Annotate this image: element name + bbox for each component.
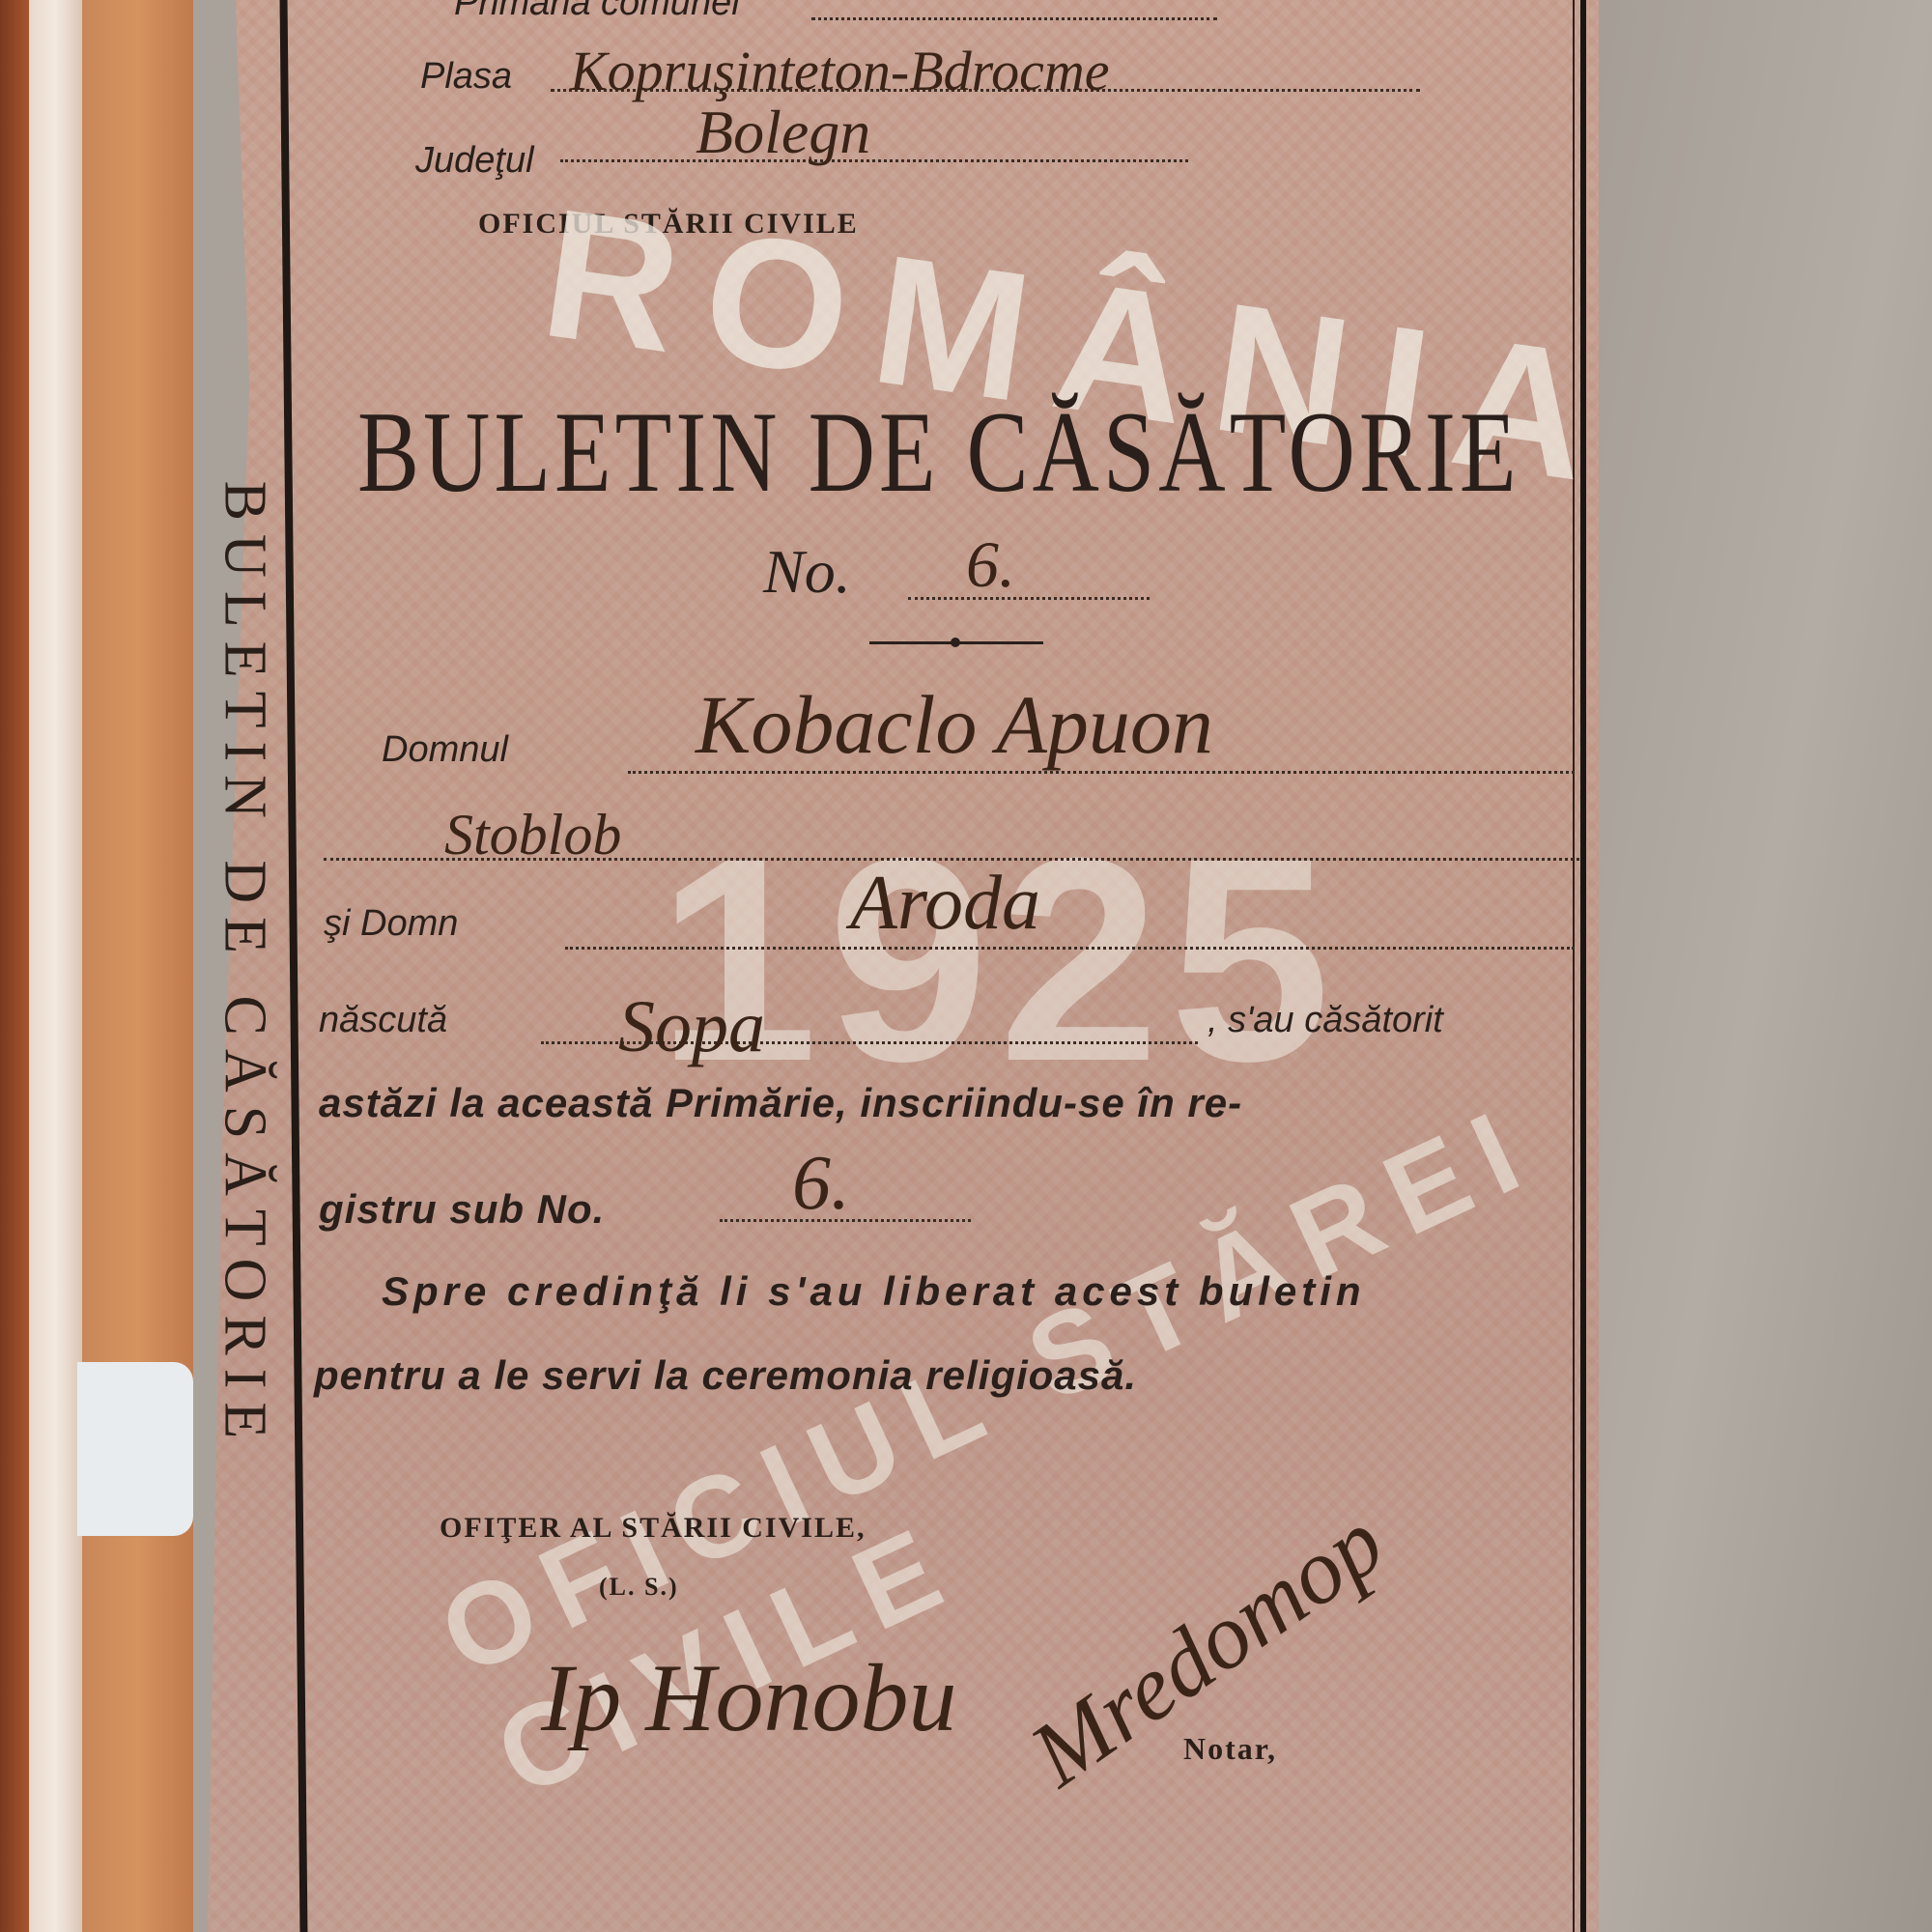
judetul-line (560, 159, 1188, 162)
plasa-value: Kopruşinteton-Bdrocme (570, 39, 1109, 103)
groom-name: Kobaclo Apuon (696, 676, 1213, 773)
number-line (908, 597, 1150, 600)
frame-white-mat (29, 0, 82, 1932)
bride-name: Aroda (850, 860, 1040, 948)
ornament-divider (869, 641, 1043, 644)
tape-piece (77, 1362, 193, 1536)
frame-orange-mat (82, 0, 193, 1932)
body-line-2: gistru sub No. (319, 1186, 605, 1233)
register-number: 6. (792, 1140, 850, 1228)
body-line-3: Spre credinţă li s'au liberat acest bule… (382, 1268, 1366, 1315)
body-line-4: pentru a le servi la ceremonia religioas… (314, 1352, 1137, 1399)
frame-wood-edge (0, 0, 29, 1932)
officer-signature: Ip Honobu (541, 1642, 957, 1753)
notary-label: Notar, (1183, 1731, 1277, 1767)
right-border-thin (1573, 0, 1575, 1932)
seal-mark: (L. S.) (599, 1573, 679, 1602)
primaria-label: Primăria comunei (454, 0, 740, 24)
groom-label: Domnul (382, 729, 508, 771)
judetul-label: Judeţul (415, 140, 534, 182)
married-text: , s'au căsătorit (1207, 1000, 1443, 1041)
stub-vertical-title: BULETIN DE CĂSĂTORIE (211, 0, 278, 1932)
stamp-year: 1925 (657, 792, 1340, 1126)
born-label: născută (319, 1000, 447, 1041)
body-line-1: astăzi la această Primărie, inscriindu-s… (319, 1080, 1242, 1126)
certificate-title: BULETIN DE CĂSĂTORIE (357, 384, 1520, 519)
officer-title: OFIŢER AL STĂRII CIVILE, (440, 1512, 866, 1545)
born-value: Sopa (618, 985, 765, 1069)
right-border-line (1580, 0, 1586, 1932)
primaria-line (811, 17, 1217, 20)
plasa-label: Plasa (420, 56, 512, 98)
number-label: No. (763, 536, 851, 608)
bride-label: şi Domn (324, 903, 458, 945)
judetul-value: Bolegn (696, 97, 870, 168)
bride-line (565, 947, 1575, 950)
number-value: 6. (966, 526, 1015, 603)
